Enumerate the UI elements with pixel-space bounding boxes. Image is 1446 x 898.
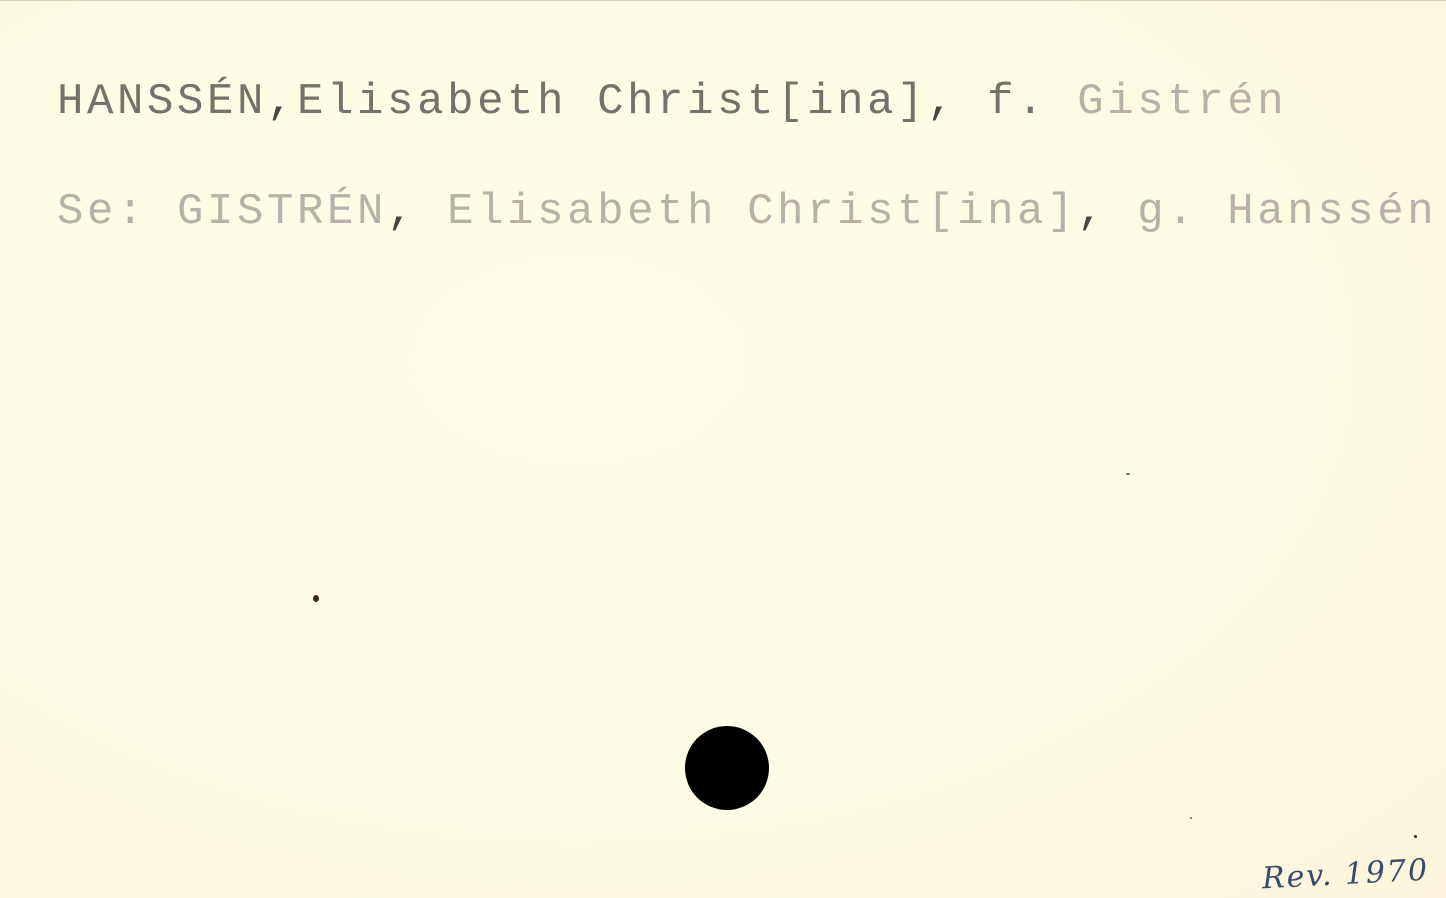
- separator: ,: [1077, 187, 1137, 237]
- comma: ,: [267, 77, 297, 127]
- see-prefix: Se:: [57, 187, 147, 237]
- ink-speck: [313, 595, 319, 602]
- revision-note: Rev. 1970: [1261, 853, 1430, 897]
- ink-speck: [1190, 817, 1192, 819]
- card-heading-line: HANSSÉN,Elisabeth Christ[ina], f. Gistré…: [57, 80, 1287, 124]
- ink-speck: [1414, 835, 1417, 838]
- cross-ref-given-names: Elisabeth Christ[ina]: [447, 187, 1077, 237]
- cross-ref-surname: GISTRÉN: [177, 187, 387, 237]
- punch-hole: [685, 726, 769, 810]
- ink-speck: [1126, 473, 1130, 475]
- birth-name: Gistrén: [1077, 77, 1287, 127]
- surname: HANSSÉN: [57, 77, 267, 127]
- separator: ,: [927, 77, 987, 127]
- married-name-prefix: g.: [1137, 187, 1197, 237]
- cross-reference-line: Se: GISTRÉN, Elisabeth Christ[ina], g. H…: [57, 190, 1437, 234]
- birth-name-prefix: f.: [987, 77, 1047, 127]
- married-name: Hanssén: [1227, 187, 1437, 237]
- comma: ,: [387, 187, 417, 237]
- archive-index-card: HANSSÉN,Elisabeth Christ[ina], f. Gistré…: [0, 0, 1446, 898]
- given-names: Elisabeth Christ[ina]: [297, 77, 927, 127]
